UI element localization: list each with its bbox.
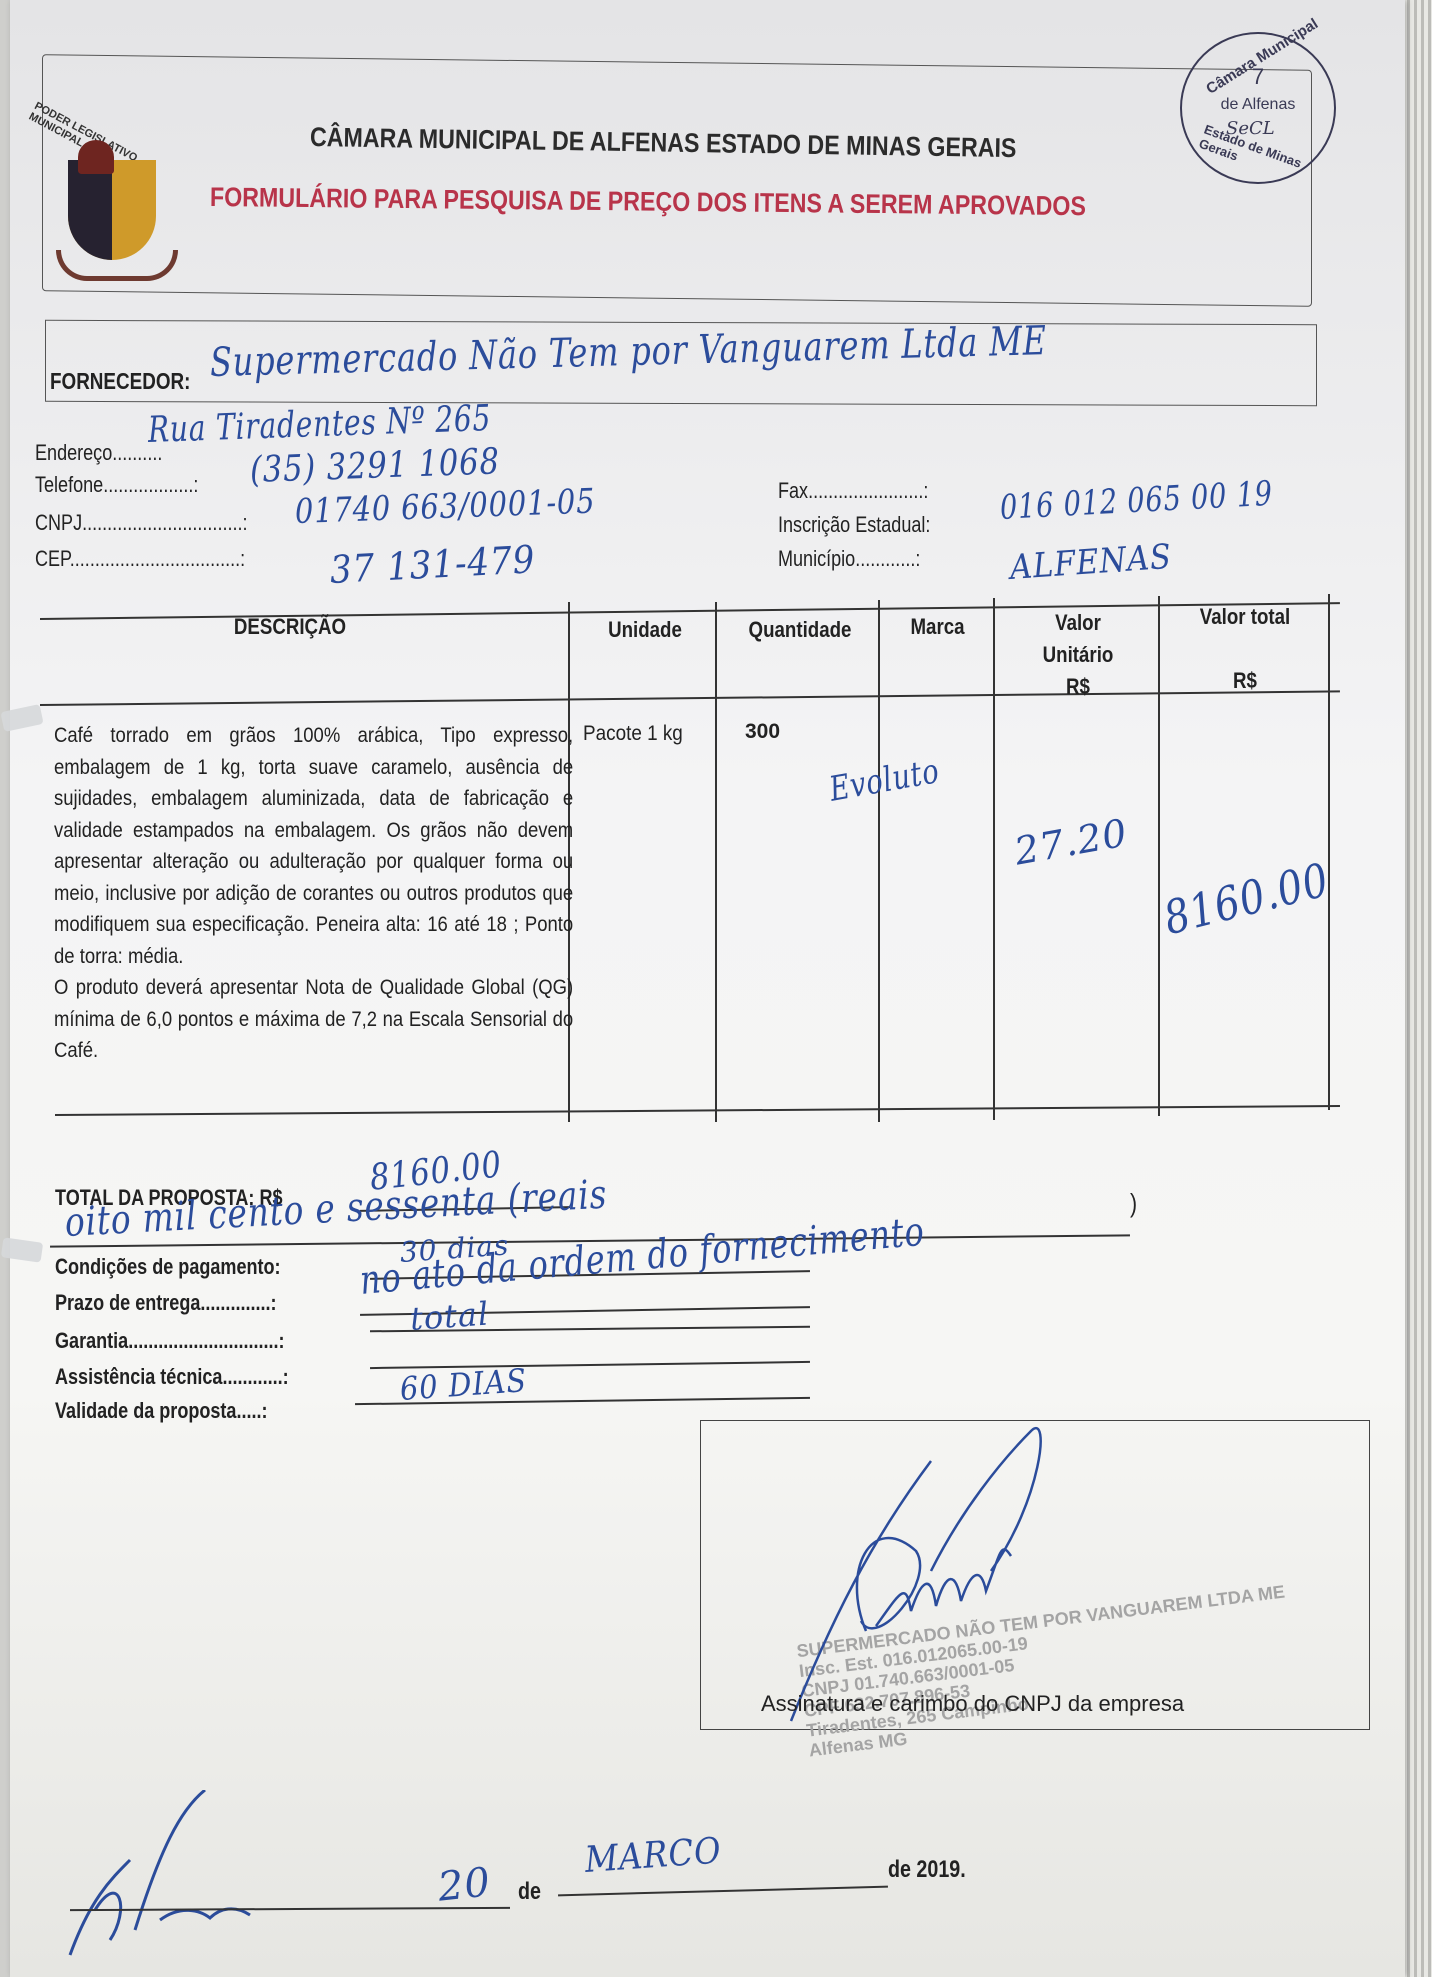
total-in-words-field[interactable]: oito mil cento e sessenta (reais (64, 1172, 608, 1246)
fax-label: Fax.......................: (778, 478, 928, 504)
date-year-label: de 2019. (888, 1856, 966, 1884)
state-registration-field[interactable]: 016 012 065 00 19 (999, 474, 1274, 528)
col-total-currency: R$ (1173, 668, 1318, 694)
signature-scribble-icon (701, 1421, 1369, 1729)
col-total: Valor total (1173, 604, 1318, 630)
tech-support-label: Assistência técnica............: (55, 1364, 289, 1390)
cnpj-field[interactable]: 01740 663/0001-05 (294, 482, 596, 532)
date-month-field[interactable]: MARCO (584, 1831, 723, 1881)
phone-field[interactable]: (35) 3291 1068 (249, 441, 500, 491)
ribbon-icon (56, 250, 178, 281)
signature-caption: Assinatura e carimbo do CNPJ da empresa (761, 1691, 1184, 1717)
date-de-label: de (518, 1878, 541, 1906)
item-description: Café torrado em grãos 100% arábica, Tipo… (54, 720, 573, 1067)
stamp-city: de Alfenas (1182, 96, 1334, 114)
item-unit-price[interactable]: 27.20 (1011, 811, 1131, 874)
emblem-logo: PODER LEGISLATIVO MUNICIPAL (38, 100, 178, 280)
municipality-field[interactable]: ALFENAS (1009, 537, 1174, 588)
document-page: PODER LEGISLATIVO MUNICIPAL CÂMARA MUNIC… (10, 0, 1405, 1977)
col-brand: Marca (889, 614, 987, 640)
col-quantity: Quantidade (732, 617, 868, 643)
item-total[interactable]: 8160.00 (1158, 852, 1334, 945)
stamp-page-number: 7 (1182, 64, 1334, 90)
payment-terms-label: Condições de pagamento: (55, 1254, 281, 1280)
col-unit: Unidade (590, 617, 701, 643)
delivery-label: Prazo de entrega..............: (55, 1290, 277, 1316)
phone-label: Telefone..................: (35, 472, 198, 498)
warranty-field[interactable]: total (409, 1295, 491, 1338)
binder-clip-icon (1, 1237, 43, 1262)
address-label: Endereço.......... (35, 440, 162, 466)
cnpj-label: CNPJ................................: (35, 510, 248, 536)
total-words-close-paren: ) (1130, 1188, 1137, 1219)
cep-field[interactable]: 37 131-479 (329, 537, 537, 592)
supplier-label: FORNECEDOR: (50, 368, 190, 395)
warranty-label: Garantia..............................: (55, 1328, 285, 1354)
municipality-label: Município............: (778, 546, 920, 572)
items-table: DESCRIÇÃO Unidade Quantidade Marca Valor… (40, 602, 1340, 1122)
state-registration-label: Inscrição Estadual: (778, 512, 930, 538)
header-frame (42, 54, 1312, 307)
validity-label: Validade da proposta.....: (55, 1398, 268, 1424)
col-unit-price: Valor Unitário R$ (998, 610, 1158, 700)
binder-clip-icon (0, 704, 43, 732)
item-brand[interactable]: Evoluto (827, 751, 943, 810)
city-signature-icon (50, 1790, 310, 1960)
shield-icon (68, 160, 156, 260)
cep-label: CEP..................................: (35, 546, 245, 572)
item-quantity: 300 (745, 720, 780, 744)
date-day-field[interactable]: 20 (436, 1859, 493, 1910)
item-unit: Pacote 1 kg (583, 722, 683, 746)
col-description: DESCRIÇÃO (205, 614, 375, 640)
helmet-icon (78, 140, 114, 174)
signature-box[interactable]: SUPERMERCADO NÃO TEM POR VANGUAREM LTDA … (700, 1420, 1370, 1730)
page-stamp: Câmara Municipal 7 de Alfenas SeCL Estad… (1180, 32, 1336, 184)
